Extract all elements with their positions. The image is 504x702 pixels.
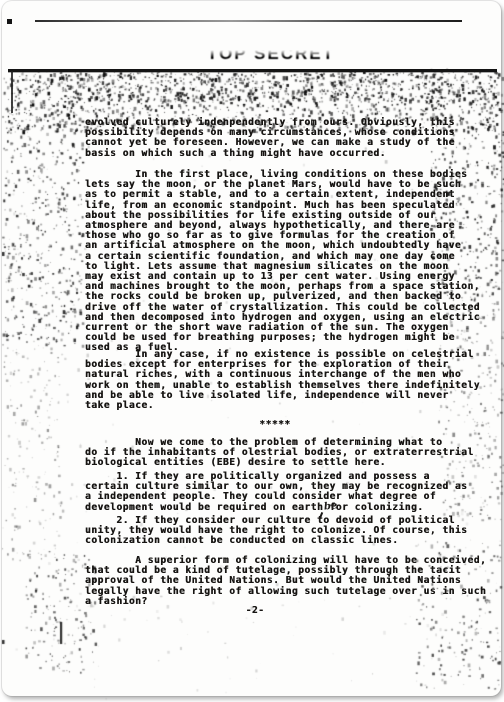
- paragraph-living-conditions: In the first place, living conditions on…: [85, 170, 480, 354]
- paragraph-superior-form: A superior form of colonizing will have …: [85, 556, 486, 607]
- paragraph-problem-of-determining: Now we come to the problem of determinin…: [85, 438, 474, 469]
- scan-artifact-dot: [7, 19, 12, 24]
- page-number: -2-: [85, 606, 425, 616]
- paragraph-in-any-case: In any case, if no existence is possible…: [85, 350, 480, 411]
- paragraph-item-2: 2. If they consider our culture to devoi…: [85, 516, 467, 547]
- header-rule-line: [8, 69, 497, 72]
- top-secret-stamp: TOP SECRET: [207, 44, 367, 64]
- top-margin-line: [35, 20, 462, 22]
- paragraph-item-1: 1. If they are politically organized and…: [85, 472, 467, 513]
- asterisk-separator: *****: [85, 420, 465, 430]
- left-edge-mark: [11, 71, 13, 113]
- scanned-document-page: TOP SECRET evolved culturely indenpenden…: [0, 0, 504, 702]
- paragraph-continuation: evolved culturely indenpendently from ou…: [85, 118, 455, 159]
- handwritten-insertion-be: be: [323, 500, 337, 512]
